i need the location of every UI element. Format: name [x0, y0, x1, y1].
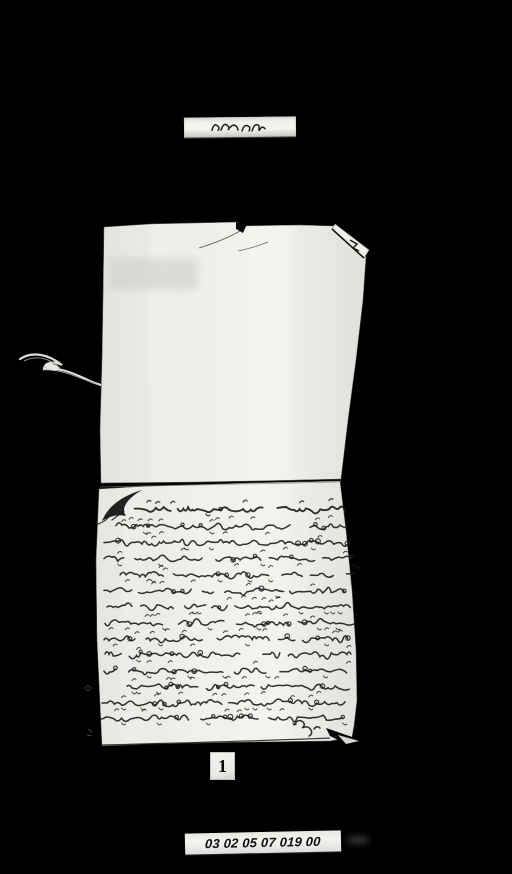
- binding-cord-icon: [20, 354, 104, 386]
- page-number: 1: [218, 756, 227, 777]
- catalog-number: 03 02 05 07 019 00: [205, 834, 321, 851]
- margin-speck: [87, 729, 92, 736]
- lower-leaf: [86, 481, 360, 746]
- smudge-mark: [346, 835, 370, 845]
- margin-mark: [86, 686, 91, 691]
- title-script-glyphs: [208, 119, 272, 136]
- catalog-number-label: 03 02 05 07 019 00: [185, 830, 341, 854]
- title-label: [184, 116, 296, 137]
- manuscript-photo: 1 03 02 05 07 019 00: [0, 0, 512, 874]
- upper-leaf: [100, 222, 369, 484]
- page-number-plaque: 1: [210, 752, 235, 780]
- paper-stain: [110, 258, 198, 290]
